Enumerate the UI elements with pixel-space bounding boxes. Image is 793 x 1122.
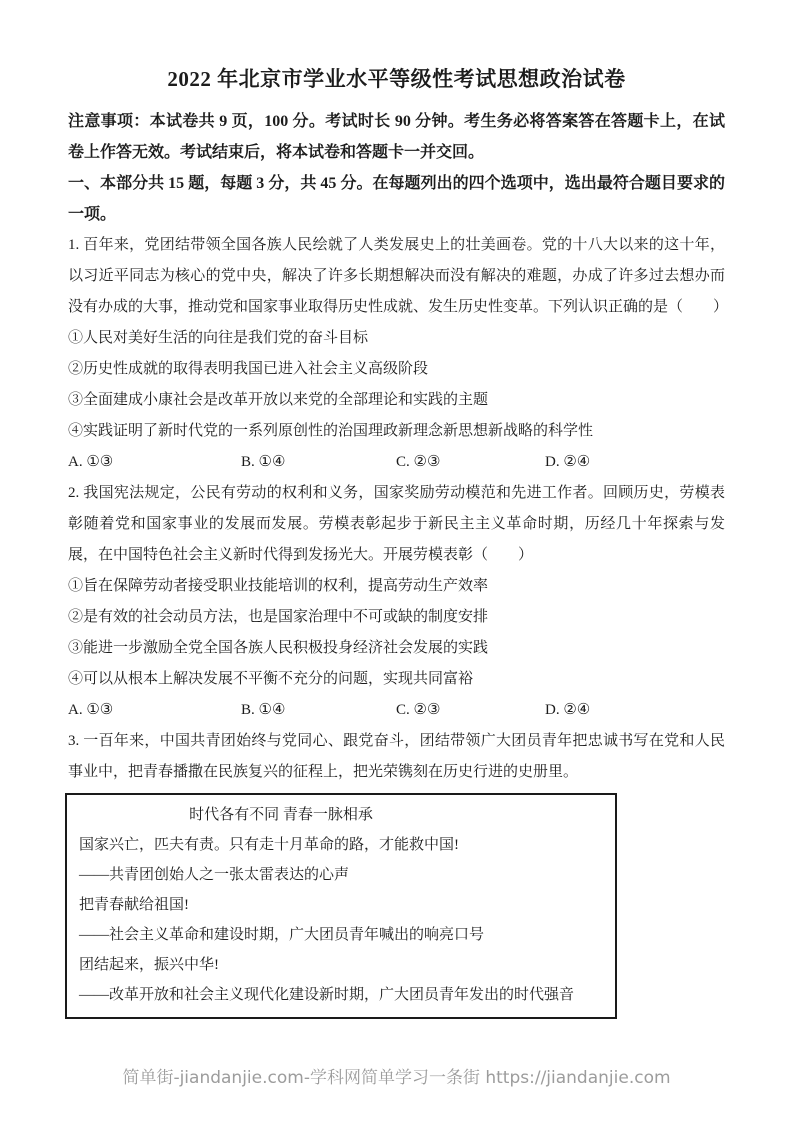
question-1-options-row: A. ①③ B. ①④ C. ②③ D. ②④	[68, 447, 725, 478]
question-2-statement-3: ③能进一步激励全党全国各族人民积极投身经济社会发展的实践	[68, 633, 725, 664]
question-1-statement-1: ①人民对美好生活的向往是我们党的奋斗目标	[68, 323, 725, 354]
quote-line-1: 国家兴亡，匹夫有责。只有走十月革命的路，才能救中国!	[79, 830, 603, 860]
question-2-statement-1: ①旨在保障劳动者接受职业技能培训的权利，提高劳动生产效率	[68, 571, 725, 602]
option-a: A. ①③	[68, 447, 241, 478]
question-3-stem: 3. 一百年来，中国共青团始终与党同心、跟党奋斗，团结带领广大团员青年把忠诚书写…	[68, 726, 725, 788]
option-c: C. ②③	[396, 447, 545, 478]
exam-page: 2022 年北京市学业水平等级性考试思想政治试卷 注意事项：本试卷共 9 页，1…	[0, 0, 793, 1122]
question-1-stem: 1. 百年来，党团结带领全国各族人民绘就了人类发展史上的壮美画卷。党的十八大以来…	[68, 230, 725, 323]
quote-line-2: ——共青团创始人之一张太雷表达的心声	[79, 860, 603, 890]
question-2-stem: 2. 我国宪法规定，公民有劳动的权利和义务，国家奖励劳动模范和先进工作者。回顾历…	[68, 478, 725, 571]
quote-box: 时代各有不同 青春一脉相承 国家兴亡，匹夫有责。只有走十月革命的路，才能救中国!…	[65, 793, 617, 1019]
page-title: 2022 年北京市学业水平等级性考试思想政治试卷	[68, 64, 725, 94]
footer-watermark: 简单街-jiandanjie.com-学科网简单学习一条街 https://ji…	[68, 1063, 725, 1088]
section-heading: 一、本部分共 15 题，每题 3 分，共 45 分。在每题列出的四个选项中，选出…	[68, 168, 725, 230]
exam-notice: 注意事项：本试卷共 9 页，100 分。考试时长 90 分钟。考生务必将答案答在…	[68, 106, 725, 168]
question-2-statement-2: ②是有效的社会动员方法，也是国家治理中不可或缺的制度安排	[68, 602, 725, 633]
question-1-statement-3: ③全面建成小康社会是改革开放以来党的全部理论和实践的主题	[68, 385, 725, 416]
question-2-options-row: A. ①③ B. ①④ C. ②③ D. ②④	[68, 695, 725, 726]
option-d: D. ②④	[545, 447, 725, 478]
question-2-statement-4: ④可以从根本上解决发展不平衡不充分的问题，实现共同富裕	[68, 664, 725, 695]
option-b: B. ①④	[241, 695, 396, 726]
quote-line-3: 把青春献给祖国!	[79, 890, 603, 920]
quote-box-title: 时代各有不同 青春一脉相承	[79, 800, 603, 830]
quote-line-5: 团结起来，振兴中华!	[79, 950, 603, 980]
option-b: B. ①④	[241, 447, 396, 478]
option-a: A. ①③	[68, 695, 241, 726]
option-d: D. ②④	[545, 695, 725, 726]
question-1-statement-4: ④实践证明了新时代党的一系列原创性的治国理政新理念新思想新战略的科学性	[68, 416, 725, 447]
quote-line-4: ——社会主义革命和建设时期，广大团员青年喊出的响亮口号	[79, 920, 603, 950]
quote-line-6: ——改革开放和社会主义现代化建设新时期，广大团员青年发出的时代强音	[79, 980, 603, 1010]
option-c: C. ②③	[396, 695, 545, 726]
question-1-statement-2: ②历史性成就的取得表明我国已进入社会主义高级阶段	[68, 354, 725, 385]
